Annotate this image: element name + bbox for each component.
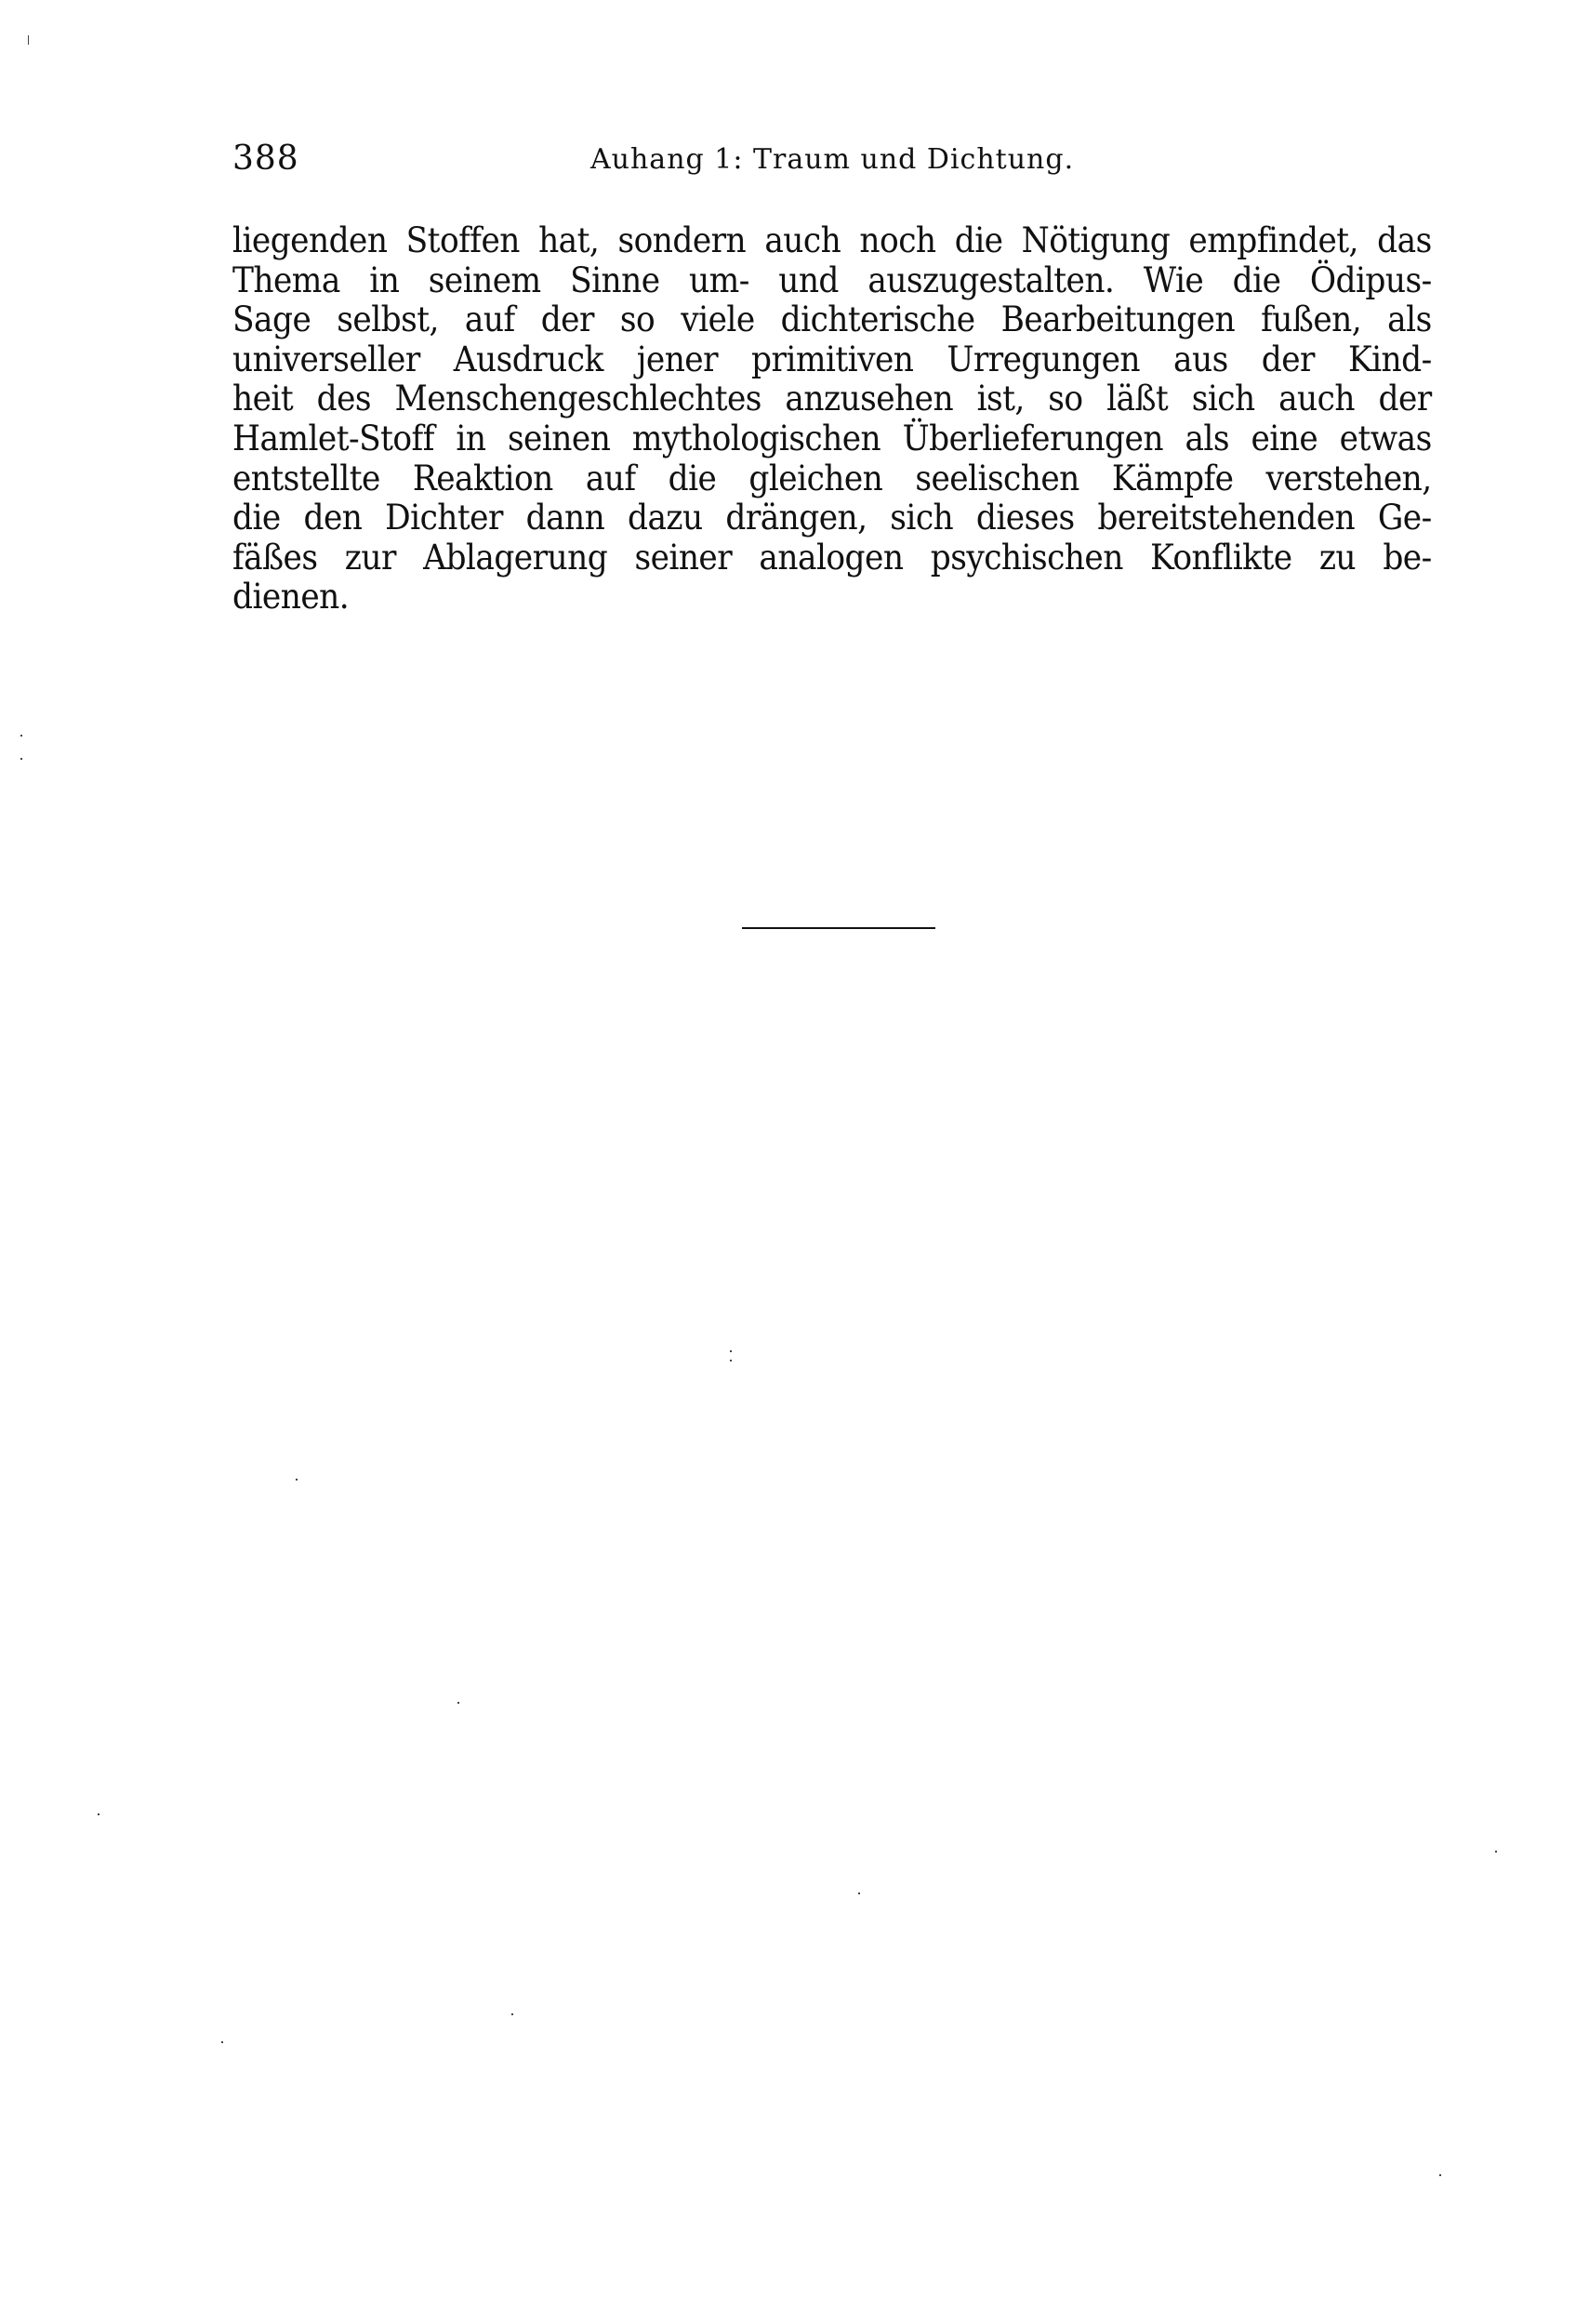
scan-speck bbox=[20, 735, 22, 737]
scan-speck bbox=[296, 1479, 298, 1481]
scan-speck bbox=[1439, 2174, 1441, 2176]
running-head: 388 Auhang 1: Traum und Dichtung. bbox=[232, 139, 1432, 186]
scan-speck bbox=[730, 1350, 732, 1352]
scan-speck bbox=[28, 35, 29, 45]
section-end-rule bbox=[742, 927, 935, 929]
scan-speck bbox=[98, 1813, 99, 1815]
text-line: Hamlet-Stoff in seinen mythologischen Üb… bbox=[232, 419, 1432, 459]
text-line: entstellte Reaktion auf die gleichen see… bbox=[232, 459, 1432, 499]
scan-speck bbox=[1495, 1851, 1497, 1853]
text-line-last: dienen. bbox=[232, 578, 1432, 618]
text-line: die den Dichter dann dazu drängen, sich … bbox=[232, 498, 1432, 538]
text-line: liegenden Stoffen hat, sondern auch noch… bbox=[232, 221, 1432, 261]
scan-speck bbox=[730, 1360, 732, 1361]
scan-speck bbox=[858, 1892, 860, 1894]
text-line: heit des Menschengeschlechtes anzusehen … bbox=[232, 379, 1432, 419]
text-line: Thema in seinem Sinne um- und auszugesta… bbox=[232, 261, 1432, 301]
scan-speck bbox=[457, 1702, 459, 1704]
running-head-title: Auhang 1: Traum und Dichtung. bbox=[590, 143, 1074, 176]
text-line: fäßes zur Ablagerung seiner analogen psy… bbox=[232, 538, 1432, 578]
text-line: Sage selbst, auf der so viele dichterisc… bbox=[232, 300, 1432, 340]
text-line: universeller Ausdruck jener primitiven U… bbox=[232, 340, 1432, 380]
body-paragraph: liegenden Stoffen hat, sondern auch noch… bbox=[232, 221, 1432, 618]
scan-speck bbox=[20, 758, 22, 760]
scan-speck bbox=[511, 2013, 513, 2015]
page-number: 388 bbox=[232, 139, 299, 178]
scan-speck bbox=[221, 2041, 223, 2043]
